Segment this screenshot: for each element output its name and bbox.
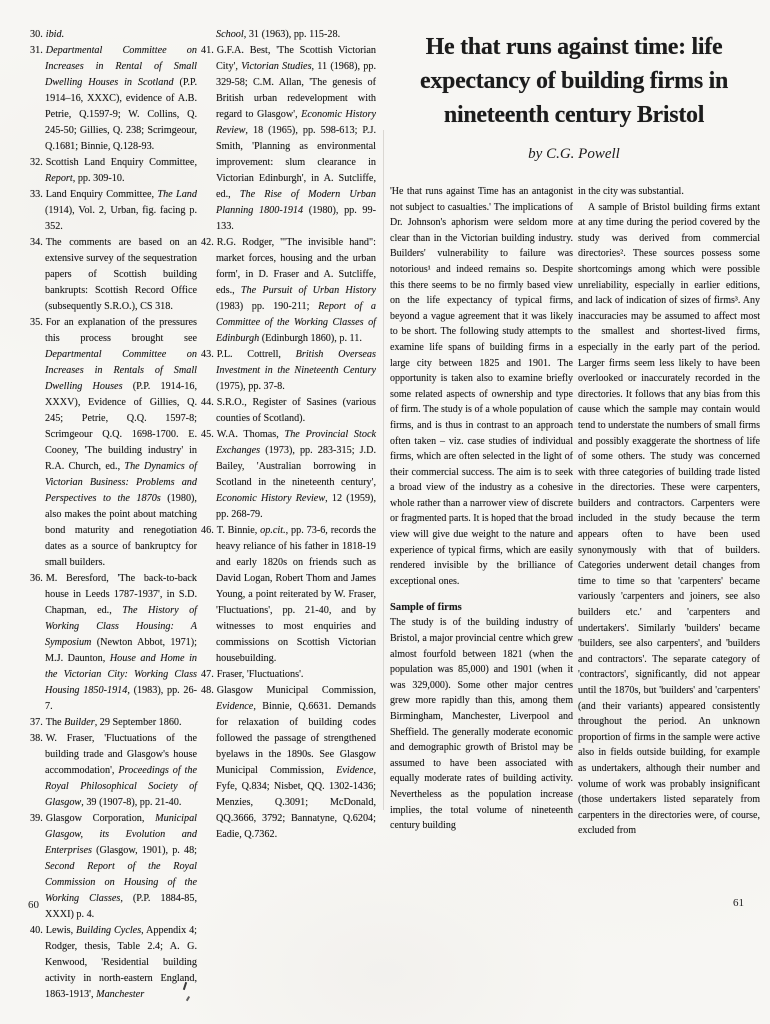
endnote-32: 32.Scottish Land Enquiry Committee, Repo… — [45, 155, 197, 187]
endnote-37: 37.The Builder, 29 September 1860. — [45, 715, 197, 731]
endnote-40: 40.Lewis, Building Cycles, Appendix 4; R… — [45, 923, 197, 1003]
text-segment: Building Cycles — [76, 925, 141, 936]
text-segment: (P.P. 1914–16, XXXC), evidence of A.B. P… — [45, 77, 197, 152]
text-segment: Lewis, — [46, 925, 76, 936]
endnote-48: 48.Glasgow Municipal Commission, Evidenc… — [216, 683, 376, 843]
text-segment: op.cit. — [260, 525, 285, 536]
endnote-40-continuation: School, 31 (1963), pp. 115-28. — [216, 27, 376, 43]
endnote-number: 35. — [30, 317, 43, 328]
endnote-text: The comments are based on an extensive s… — [45, 237, 197, 312]
text-segment: Glasgow Corporation, — [46, 813, 155, 824]
endnote-33: 33.Land Enquiry Committee, The Land (191… — [45, 187, 197, 235]
article-paragraph: in the city was substantial. — [578, 184, 760, 200]
title-line-2: expectancy of building firms in — [388, 64, 760, 98]
text-segment: School — [216, 29, 244, 40]
text-segment: Report — [45, 173, 73, 184]
endnote-number: 42. — [201, 237, 214, 248]
text-segment: T. Binnie, — [217, 525, 260, 536]
endnote-text: R.G. Rodger, '"The invisible hand": mark… — [216, 237, 376, 344]
endnote-text: S.R.O., Register of Sasines (various cou… — [216, 397, 376, 424]
endnote-47: 47.Fraser, 'Fluctuations'. — [216, 667, 376, 683]
text-segment: The Pursuit of Urban History — [241, 285, 376, 296]
title-line-3: nineteenth century Bristol — [388, 98, 760, 132]
endnote-35: 35.For an explanation of the pressures t… — [45, 315, 197, 571]
endnote-number: 33. — [30, 189, 43, 200]
text-segment: (1914), Vol. 2, Urban, fig. facing p. 35… — [45, 205, 197, 232]
endnote-number: 46. — [201, 525, 214, 536]
text-segment: (P.P. 1914-16, XXXV), Evidence of Gillie… — [45, 381, 197, 472]
title-line-1: He that runs against time: life — [388, 30, 760, 64]
text-segment: , 29 September 1860. — [95, 717, 182, 728]
endnote-42: 42.R.G. Rodger, '"The invisible hand": m… — [216, 235, 376, 347]
endnote-text: P.L. Cottrell, British Overseas Investme… — [216, 349, 376, 392]
endnote-text: School, 31 (1963), pp. 115-28. — [216, 29, 340, 40]
endnote-number: 41. — [201, 45, 214, 56]
text-segment: Evidence — [336, 765, 373, 776]
text-segment: (Glasgow, 1901), p. 48; — [92, 845, 197, 856]
endnote-text: Glasgow Corporation, Municipal Glasgow, … — [45, 813, 197, 920]
text-segment: P.L. Cottrell, — [217, 349, 296, 360]
article-byline: by C.G. Powell — [388, 146, 760, 163]
text-segment: , pp. 73-6, records the heavy reliance o… — [216, 525, 376, 664]
endnote-text: Land Enquiry Committee, The Land (1914),… — [45, 189, 197, 232]
endnote-text: W.A. Thomas, The Provincial Stock Exchan… — [216, 429, 376, 520]
text-segment: (1980), also makes the point about match… — [45, 493, 197, 568]
endnote-number: 38. — [30, 733, 43, 744]
section-heading: Sample of firms — [390, 602, 573, 613]
article-column-2: in the city was substantial. A sample of… — [578, 184, 760, 839]
endnote-number: 43. — [201, 349, 214, 360]
endnote-text: Glasgow Municipal Commission, Evidence, … — [216, 685, 376, 840]
endnote-43: 43.P.L. Cottrell, British Overseas Inves… — [216, 347, 376, 395]
page-fold-line — [383, 130, 384, 810]
endnotes-column-1: 30.ibid. 31.Departmental Committee on In… — [30, 27, 197, 1003]
article-paragraph: The study is of the building industry of… — [390, 615, 573, 833]
endnotes-column-2: School, 31 (1963), pp. 115-28. 41.G.F.A.… — [201, 27, 376, 843]
endnote-44: 44.S.R.O., Register of Sasines (various … — [216, 395, 376, 427]
endnote-text: For an explanation of the pressures this… — [45, 317, 197, 568]
endnote-46: 46.T. Binnie, op.cit., pp. 73-6, records… — [216, 523, 376, 667]
page-number-right: 61 — [733, 897, 744, 909]
text-segment: , pp. 309-10. — [73, 173, 125, 184]
endnote-text: Departmental Committee on Increases in R… — [45, 45, 197, 152]
text-segment: Glasgow Municipal Commission, — [217, 685, 376, 696]
endnote-number: 31. — [30, 45, 43, 56]
text-segment: , 39 (1907-8), pp. 21-40. — [81, 797, 181, 808]
endnote-38: 38.W. Fraser, 'Fluctuations of the build… — [45, 731, 197, 811]
article-paragraph: 'He that runs against Time has an antago… — [390, 184, 573, 589]
page-number-left: 60 — [28, 899, 39, 911]
endnote-text: G.F.A. Best, 'The Scottish Victorian Cit… — [216, 45, 376, 232]
endnote-31: 31.Departmental Committee on Increases i… — [45, 43, 197, 155]
text-segment: (Edinburgh 1860), p. 11. — [259, 333, 362, 344]
text-segment: Fraser, 'Fluctuations'. — [217, 669, 304, 680]
text-segment: Victorian Studies — [241, 61, 311, 72]
endnote-text: W. Fraser, 'Fluctuations of the building… — [45, 733, 197, 808]
endnote-text: ibid. — [46, 29, 64, 40]
text-segment: The Land — [157, 189, 197, 200]
text-segment: W.A. Thomas, — [217, 429, 285, 440]
endnote-number: 34. — [30, 237, 43, 248]
text-segment: , 31 (1963), pp. 115-28. — [244, 29, 340, 40]
text-segment: ibid. — [46, 29, 64, 40]
endnote-45: 45.W.A. Thomas, The Provincial Stock Exc… — [216, 427, 376, 523]
endnote-number: 37. — [30, 717, 43, 728]
article-column-1: 'He that runs against Time has an antago… — [390, 184, 573, 834]
endnote-text: Fraser, 'Fluctuations'. — [217, 669, 304, 680]
endnote-number: 47. — [201, 669, 214, 680]
endnote-36: 36.M. Beresford, 'The back-to-back house… — [45, 571, 197, 715]
endnote-number: 39. — [30, 813, 43, 824]
endnote-number: 32. — [30, 157, 43, 168]
text-segment: S.R.O., Register of Sasines (various cou… — [216, 397, 376, 424]
endnote-number: 44. — [201, 397, 214, 408]
text-segment: Builder — [64, 717, 95, 728]
endnote-number: 45. — [201, 429, 214, 440]
endnote-text: The Builder, 29 September 1860. — [46, 717, 182, 728]
text-segment: Economic History Review — [216, 493, 325, 504]
text-segment: Manchester — [96, 989, 144, 1000]
endnote-34: 34.The comments are based on an extensiv… — [45, 235, 197, 315]
text-segment: Evidence — [216, 701, 253, 712]
text-segment: For an explanation of the pressures this… — [45, 317, 197, 344]
endnote-number: 40. — [30, 925, 43, 936]
article-title: He that runs against time: life expectan… — [388, 30, 760, 132]
text-segment: The — [46, 717, 64, 728]
endnote-text: Scottish Land Enquiry Committee, Report,… — [45, 157, 197, 184]
endnote-number: 30. — [30, 29, 43, 40]
text-segment: , Fyfe, Q.834; Nisbet, QQ. 1302-1436; Me… — [216, 765, 376, 840]
endnote-number: 48. — [201, 685, 214, 696]
endnote-text: M. Beresford, 'The back-to-back house in… — [45, 573, 197, 712]
endnote-text: Lewis, Building Cycles, Appendix 4; Rodg… — [45, 925, 197, 1000]
endnote-number: 36. — [30, 573, 43, 584]
text-segment: Land Enquiry Committee, — [46, 189, 158, 200]
text-segment: (1975), pp. 37-8. — [216, 381, 285, 392]
text-segment: (1983) pp. 190-211; — [216, 301, 318, 312]
text-segment: The comments are based on an extensive s… — [45, 237, 197, 312]
endnote-41: 41.G.F.A. Best, 'The Scottish Victorian … — [216, 43, 376, 235]
endnote-30: 30.ibid. — [45, 27, 197, 43]
article-paragraph: A sample of Bristol building firms extan… — [578, 200, 760, 839]
endnote-text: T. Binnie, op.cit., pp. 73-6, records th… — [216, 525, 376, 664]
endnote-39: 39.Glasgow Corporation, Municipal Glasgo… — [45, 811, 197, 923]
text-segment: Scottish Land Enquiry Committee, — [46, 157, 197, 168]
